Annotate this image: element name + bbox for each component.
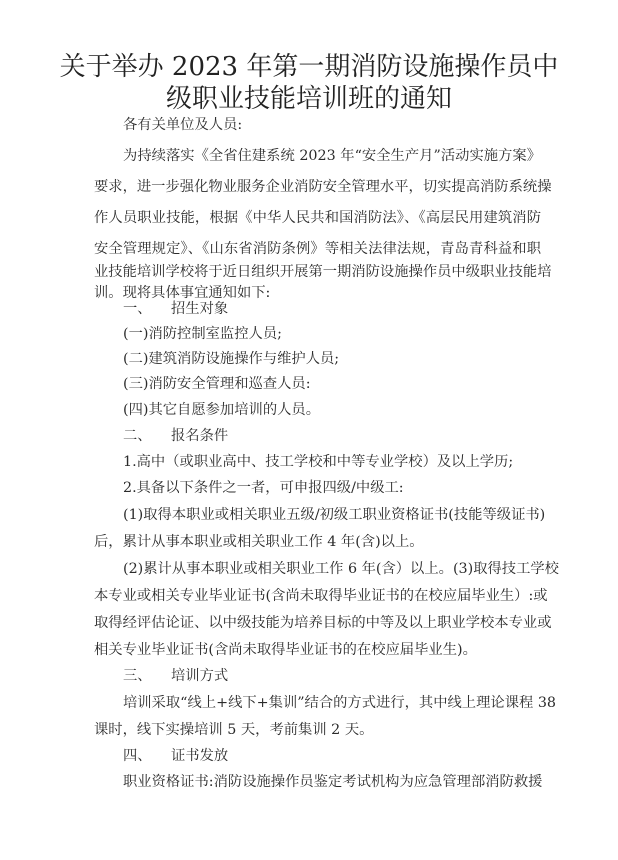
condition-line: 2.具备以下条件之一者，可申报四级/中级工: [123, 478, 404, 498]
section-title: 证书发放 [171, 748, 228, 764]
section-title: 报名条件 [171, 428, 228, 444]
intro-line: 为持续落实《全省住建系统 2023 年“安全生产月”活动实施方案》 [123, 146, 541, 166]
certificate-line: 职业资格证书:消防设施操作员鉴定考试机构为应急管理部消防救援 [123, 772, 541, 792]
intro-line: 安全管理规定》、《山东省消防条例》等相关法律法规，青岛青科益和职 [94, 239, 541, 259]
intro-line: 作人员职业技能，根据《中华人民共和国消防法》、《高层民用建筑消防 [94, 208, 541, 228]
section-title: 招生对象 [171, 301, 228, 317]
section-title: 培训方式 [171, 668, 228, 684]
document-title-line-2: 级职业技能培训班的通知 [0, 84, 618, 114]
section-number: 二、 [123, 426, 171, 446]
condition-line: 1.高中（或职业高中、技工学校和中等专业学校）及以上学历; [123, 452, 513, 472]
intro-line: 业技能培训学校将于近日组织开展第一期消防设施操作员中级职业技能培 [94, 262, 541, 282]
document-title-line-1: 关于举办 2023 年第一期消防设施操作员中 [0, 52, 618, 82]
section-heading-3: 三、培训方式 [123, 666, 228, 686]
condition-line: (1)取得本职业或相关职业五级/初级工职业资格证书(技能等级证书) [123, 505, 541, 525]
document-page: 关于举办 2023 年第一期消防设施操作员中 级职业技能培训班的通知 各有关单位… [0, 0, 618, 860]
list-item: (四)其它自愿参加培训的人员。 [123, 400, 320, 420]
list-item: (三)消防安全管理和巡查人员: [123, 374, 311, 394]
training-line: 培训采取“线上+线下+集训”结合的方式进行，其中线上理论课程 38 [123, 693, 541, 713]
condition-line: 相关专业毕业证书(含尚未取得毕业证书的在校应届毕业生)。 [94, 640, 477, 660]
list-item: (二)建筑消防设施操作与维护人员; [123, 349, 339, 369]
condition-line: 本专业或相关专业毕业证书(含尚未取得毕业证书的在校应届毕业生）:或 [94, 586, 541, 606]
condition-line: 后，累计从事本职业或相关职业工作 4 年(含)以上。 [94, 532, 424, 552]
section-heading-2: 二、报名条件 [123, 426, 228, 446]
section-number: 四、 [123, 746, 171, 766]
section-heading-1: 一、招生对象 [123, 299, 228, 319]
section-number: 一、 [123, 299, 171, 319]
training-line: 课时，线下实操培训 5 天，考前集训 2 天。 [94, 720, 373, 740]
list-item: (一)消防控制室监控人员; [123, 324, 282, 344]
condition-line: (2)累计从事本职业或相关职业工作 6 年(含）以上。(3)取得技工学校 [123, 559, 541, 579]
section-number: 三、 [123, 666, 171, 686]
intro-line: 要求，进一步强化物业服务企业消防安全管理水平，切实提高消防系统操 [94, 177, 541, 197]
salutation: 各有关单位及人员: [123, 115, 242, 135]
condition-line: 取得经评估论证、以中级技能为培养目标的中等及以上职业学校本专业或 [94, 613, 541, 633]
section-heading-4: 四、证书发放 [123, 746, 228, 766]
